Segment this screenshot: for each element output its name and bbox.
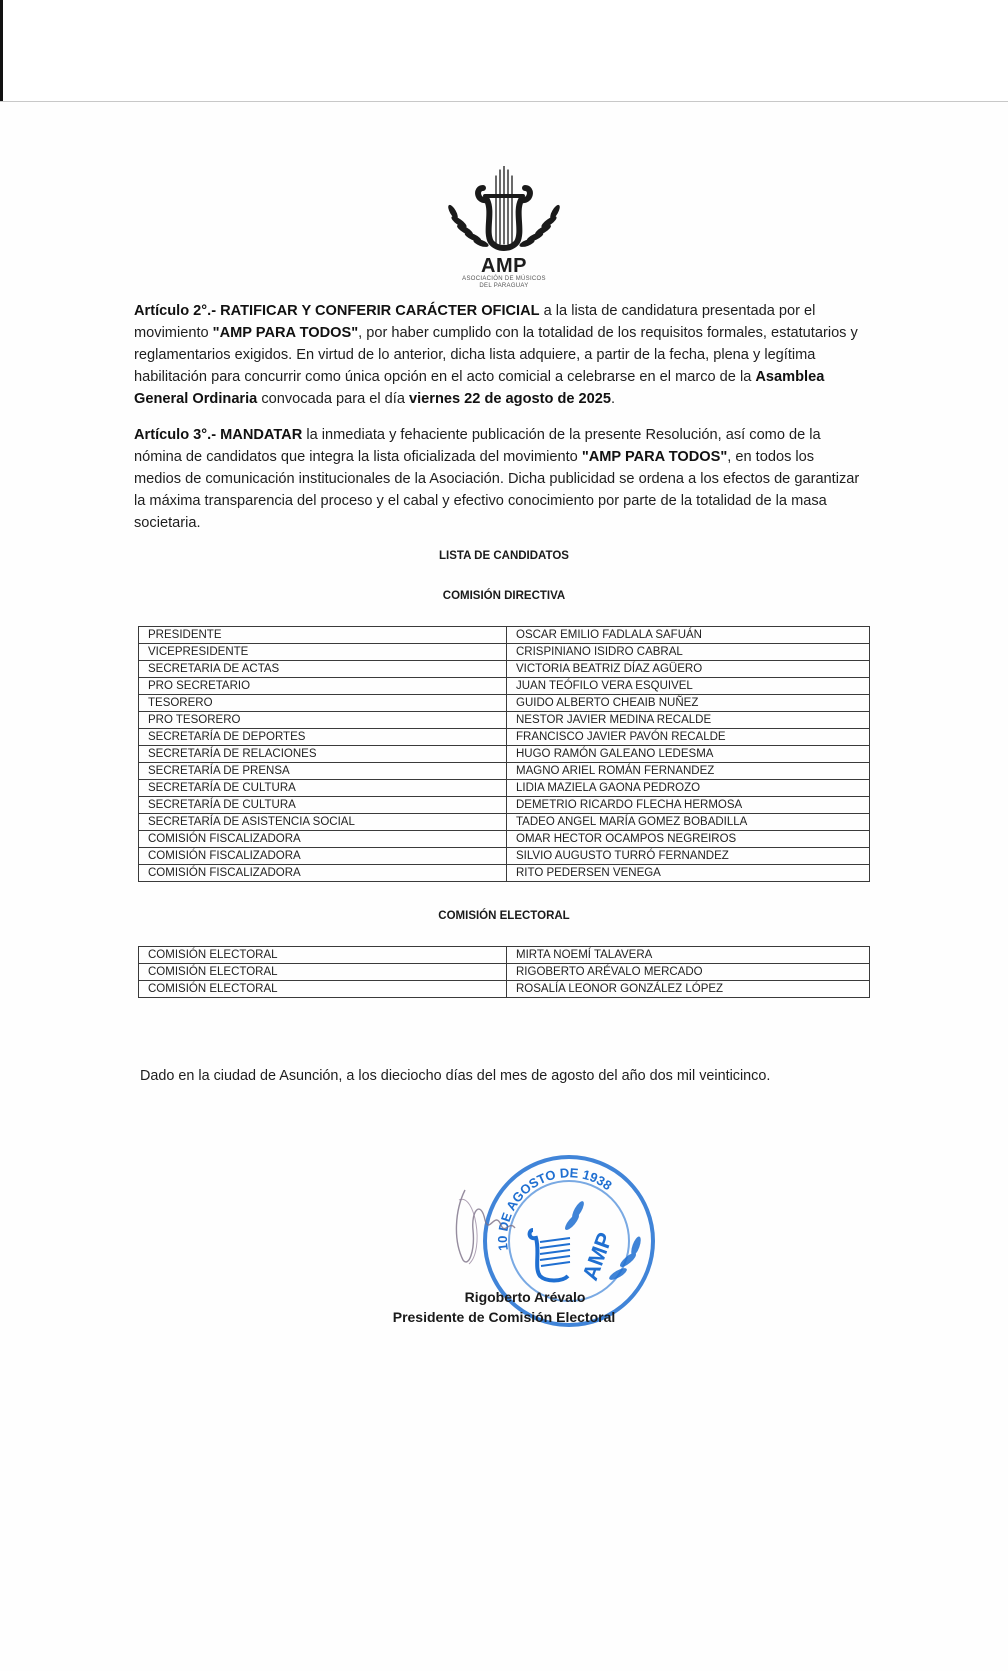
candidate-role: VICEPRESIDENTE — [139, 644, 507, 661]
comision-electoral-table: COMISIÓN ELECTORALMIRTA NOEMÍ TALAVERACO… — [138, 946, 870, 998]
candidate-role: COMISIÓN ELECTORAL — [139, 964, 507, 981]
article-2-text: convocada para el día — [257, 391, 409, 407]
amp-logo: AMP ASOCIACIÓN DE MÚSICOS DEL PARAGUAY — [440, 166, 568, 291]
candidate-name: OSCAR EMILIO FADLALA SAFUÁN — [507, 627, 870, 644]
candidate-role: COMISIÓN FISCALIZADORA — [139, 865, 507, 882]
candidate-role: COMISIÓN ELECTORAL — [139, 981, 507, 998]
candidate-name: MIRTA NOEMÍ TALAVERA — [507, 947, 870, 964]
table-row: PRO SECRETARIOJUAN TEÓFILO VERA ESQUIVEL — [139, 678, 870, 695]
candidate-role: SECRETARÍA DE DEPORTES — [139, 729, 507, 746]
article-2-heading: Artículo 2°.- — [134, 303, 216, 319]
table-row: SECRETARÍA DE DEPORTESFRANCISCO JAVIER P… — [139, 729, 870, 746]
candidate-role: SECRETARÍA DE PRENSA — [139, 763, 507, 780]
table-row: VICEPRESIDENTECRISPINIANO ISIDRO CABRAL — [139, 644, 870, 661]
list-title: LISTA DE CANDIDATOS — [0, 550, 1008, 562]
handwritten-signature-icon — [445, 1180, 525, 1270]
candidate-name: SILVIO AUGUSTO TURRÓ FERNANDEZ — [507, 848, 870, 865]
table-row: SECRETARIA DE ACTASVICTORIA BEATRIZ DÍAZ… — [139, 661, 870, 678]
candidate-role: SECRETARÍA DE ASISTENCIA SOCIAL — [139, 814, 507, 831]
article-2-action: RATIFICAR Y CONFERIR CARÁCTER OFICIAL — [220, 303, 539, 319]
candidate-name: NESTOR JAVIER MEDINA RECALDE — [507, 712, 870, 729]
candidate-role: PRO TESORERO — [139, 712, 507, 729]
article-2-text: . — [611, 391, 615, 407]
closing-statement: Dado en la ciudad de Asunción, a los die… — [140, 1068, 900, 1084]
logo-subtitle-2: DEL PARAGUAY — [440, 283, 568, 290]
table-row: COMISIÓN FISCALIZADORAOMAR HECTOR OCAMPO… — [139, 831, 870, 848]
logo-acronym: AMP — [440, 256, 568, 276]
signer-name: Rigoberto Arévalo — [0, 1288, 1008, 1307]
movement-name: "AMP PARA TODOS" — [582, 449, 727, 465]
table-row: COMISIÓN ELECTORALROSALÍA LEONOR GONZÁLE… — [139, 981, 870, 998]
assembly-date: viernes 22 de agosto de 2025 — [409, 391, 611, 407]
candidate-role: COMISIÓN FISCALIZADORA — [139, 848, 507, 865]
table-row: SECRETARÍA DE CULTURADEMETRIO RICARDO FL… — [139, 797, 870, 814]
table-row: SECRETARÍA DE CULTURALIDIA MAZIELA GAONA… — [139, 780, 870, 797]
table-row: SECRETARÍA DE RELACIONESHUGO RAMÓN GALEA… — [139, 746, 870, 763]
candidate-role: PRESIDENTE — [139, 627, 507, 644]
comision-electoral-title: COMISIÓN ELECTORAL — [0, 910, 1008, 922]
candidate-name: DEMETRIO RICARDO FLECHA HERMOSA — [507, 797, 870, 814]
candidate-role: SECRETARÍA DE CULTURA — [139, 797, 507, 814]
candidate-role: SECRETARÍA DE CULTURA — [139, 780, 507, 797]
candidate-name: LIDIA MAZIELA GAONA PEDROZO — [507, 780, 870, 797]
candidate-name: FRANCISCO JAVIER PAVÓN RECALDE — [507, 729, 870, 746]
candidate-name: OMAR HECTOR OCAMPOS NEGREIROS — [507, 831, 870, 848]
candidate-name: VICTORIA BEATRIZ DÍAZ AGÜERO — [507, 661, 870, 678]
candidate-name: RIGOBERTO ARÉVALO MERCADO — [507, 964, 870, 981]
logo-subtitle-1: ASOCIACIÓN DE MÚSICOS — [440, 276, 568, 283]
candidate-name: HUGO RAMÓN GALEANO LEDESMA — [507, 746, 870, 763]
table-row: COMISIÓN ELECTORALRIGOBERTO ARÉVALO MERC… — [139, 964, 870, 981]
table-row: SECRETARÍA DE PRENSAMAGNO ARIEL ROMÁN FE… — [139, 763, 870, 780]
table-row: PRESIDENTEOSCAR EMILIO FADLALA SAFUÁN — [139, 627, 870, 644]
candidate-name: GUIDO ALBERTO CHEAIB NUÑEZ — [507, 695, 870, 712]
candidate-role: TESORERO — [139, 695, 507, 712]
article-2: Artículo 2°.- RATIFICAR Y CONFERIR CARÁC… — [134, 300, 864, 410]
blank-top-margin — [0, 0, 1008, 102]
movement-name: "AMP PARA TODOS" — [213, 325, 358, 341]
candidate-role: COMISIÓN ELECTORAL — [139, 947, 507, 964]
article-3-action: MANDATAR — [220, 427, 302, 443]
candidate-name: MAGNO ARIEL ROMÁN FERNANDEZ — [507, 763, 870, 780]
table-row: COMISIÓN ELECTORALMIRTA NOEMÍ TALAVERA — [139, 947, 870, 964]
candidate-name: TADEO ANGEL MARÍA GOMEZ BOBADILLA — [507, 814, 870, 831]
comision-directiva-table: PRESIDENTEOSCAR EMILIO FADLALA SAFUÁNVIC… — [138, 626, 870, 882]
table-row: COMISIÓN FISCALIZADORASILVIO AUGUSTO TUR… — [139, 848, 870, 865]
table-row: COMISIÓN FISCALIZADORARITO PEDERSEN VENE… — [139, 865, 870, 882]
table-row: PRO TESORERONESTOR JAVIER MEDINA RECALDE — [139, 712, 870, 729]
lyre-laurel-icon — [445, 166, 563, 258]
candidate-role: SECRETARIA DE ACTAS — [139, 661, 507, 678]
candidate-name: CRISPINIANO ISIDRO CABRAL — [507, 644, 870, 661]
signer-role: Presidente de Comisión Electoral — [0, 1308, 1008, 1327]
candidate-name: JUAN TEÓFILO VERA ESQUIVEL — [507, 678, 870, 695]
candidate-name: RITO PEDERSEN VENEGA — [507, 865, 870, 882]
table-row: SECRETARÍA DE ASISTENCIA SOCIALTADEO ANG… — [139, 814, 870, 831]
table-row: TESOREROGUIDO ALBERTO CHEAIB NUÑEZ — [139, 695, 870, 712]
candidate-role: PRO SECRETARIO — [139, 678, 507, 695]
article-3-heading: Artículo 3°.- — [134, 427, 216, 443]
candidate-name: ROSALÍA LEONOR GONZÁLEZ LÓPEZ — [507, 981, 870, 998]
comision-directiva-title: COMISIÓN DIRECTIVA — [0, 590, 1008, 602]
scan-edge — [0, 0, 3, 101]
article-3: Artículo 3°.- MANDATAR la inmediata y fe… — [134, 424, 864, 534]
candidate-role: SECRETARÍA DE RELACIONES — [139, 746, 507, 763]
candidate-role: COMISIÓN FISCALIZADORA — [139, 831, 507, 848]
